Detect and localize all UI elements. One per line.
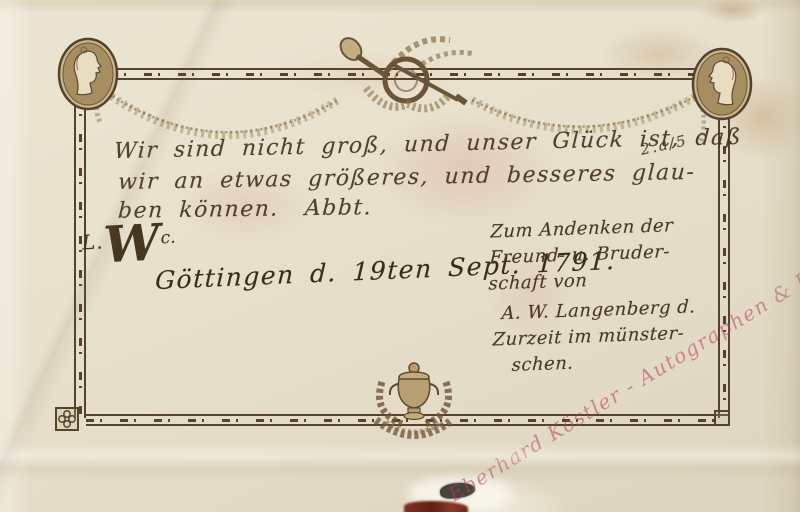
cameo-profile-right-icon [690, 46, 754, 122]
border-right-band [718, 112, 730, 418]
hunting-horn-ornament-icon [326, 24, 486, 124]
border-corner-junction [714, 410, 730, 426]
quatrefoil-rosette-icon [54, 406, 80, 432]
monogram-letter: W [102, 213, 159, 275]
album-leaf-scan: Wir sind nicht groß, und unser Glück ist… [0, 0, 800, 512]
cameo-profile-left-icon [56, 36, 120, 112]
monogram-suffix: c. [160, 228, 176, 249]
quote-line-2: wir an etwas größeres, und besseres glau… [117, 160, 696, 195]
urn-wreath-ornament-icon [362, 358, 466, 452]
quote-attribution: Abbt. [304, 195, 373, 221]
monogram-prefix: L. [81, 229, 104, 254]
